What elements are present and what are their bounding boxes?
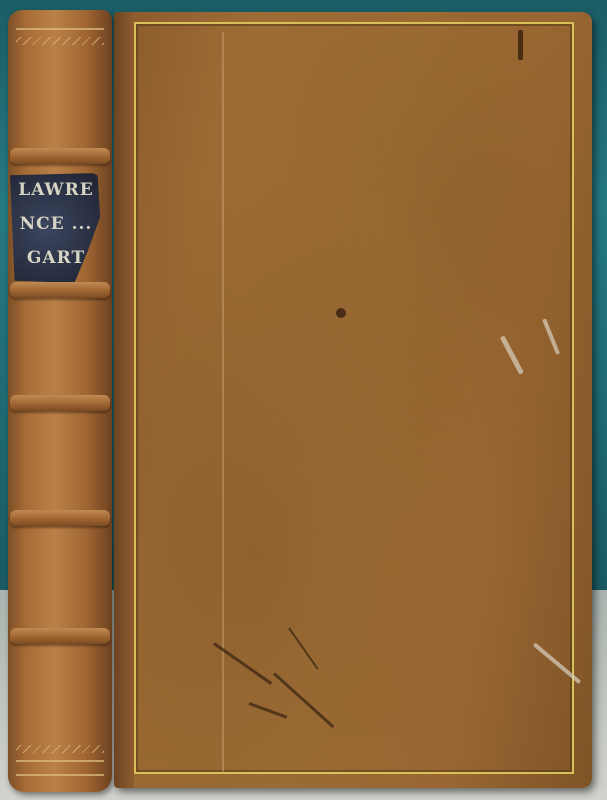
spine-gilt-line bbox=[16, 774, 104, 776]
front-board bbox=[114, 12, 592, 788]
board-hinge bbox=[114, 12, 134, 788]
spine-raised-band bbox=[10, 395, 110, 411]
spine-raised-band bbox=[10, 282, 110, 298]
gilt-fillet-border bbox=[134, 22, 574, 774]
spine-title-label: LAWRE NCE ... GART bbox=[10, 173, 102, 283]
spine-gilt-line bbox=[16, 760, 104, 762]
spine-label-line: GART bbox=[10, 241, 102, 275]
leather-stain bbox=[518, 30, 523, 60]
leather-crease bbox=[222, 32, 224, 772]
spine-label-line: NCE ... bbox=[10, 207, 102, 241]
spine-gilt-ornament bbox=[16, 37, 104, 45]
spine-gilt-ornament bbox=[16, 745, 104, 753]
leather-stain bbox=[336, 308, 346, 318]
spine-gilt-line bbox=[16, 28, 104, 30]
spine-raised-band bbox=[10, 510, 110, 526]
book-spine: LAWRE NCE ... GART bbox=[8, 10, 112, 792]
spine-raised-band bbox=[10, 628, 110, 644]
spine-raised-band bbox=[10, 148, 110, 164]
spine-label-line: LAWRE bbox=[10, 173, 102, 207]
